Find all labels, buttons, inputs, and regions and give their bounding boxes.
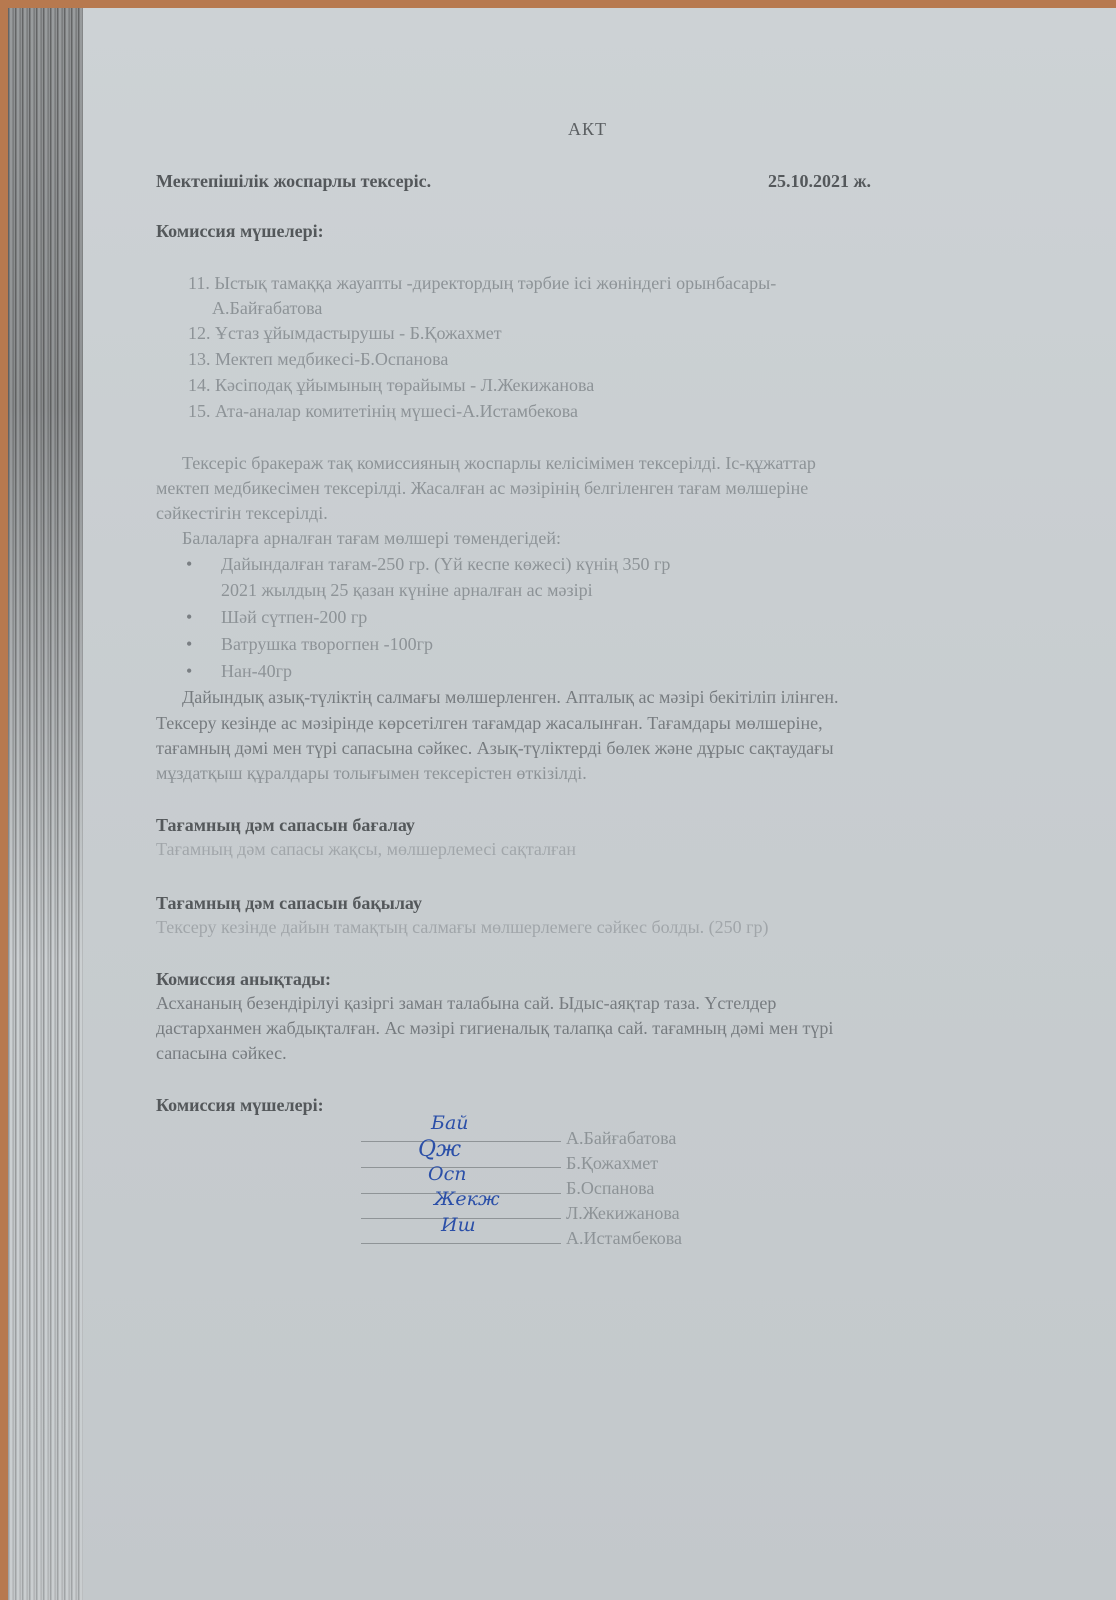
document-title: АКТ xyxy=(568,118,607,140)
signatory-name: А.Истамбекова xyxy=(566,1227,682,1249)
signature-scribble: Осп xyxy=(428,1163,466,1185)
signatures-heading: Комиссия мүшелері: xyxy=(156,1094,324,1116)
list-item: 15. Ата-аналар комитетінің мүшесі-А.Иста… xyxy=(188,400,578,422)
intro-line: мектеп медбикесімен тексерілді. Жасалған… xyxy=(156,477,808,499)
intro-line: сәйкестігін тексерілді. xyxy=(156,502,328,524)
list-item: 11. Ыстық тамаққа жауапты -директордың т… xyxy=(188,272,776,294)
section-text-evaluation: Тағамның дәм сапасы жақсы, мөлшерлемесі … xyxy=(156,838,576,860)
list-item-continuation: А.Байғабатова xyxy=(212,297,322,319)
section-heading-findings: Комиссия анықтады: xyxy=(156,968,331,990)
bullet-item: Шәй сүтпен-200 гр xyxy=(221,606,367,628)
section-text-control: Тексеру кезінде дайын тамақтың салмағы м… xyxy=(156,916,769,938)
signatory-name: Б.Оспанова xyxy=(566,1177,654,1199)
members-heading: Комиссия мүшелері: xyxy=(156,220,324,242)
body-line: мұздатқыш құралдары толығымен тексерісте… xyxy=(156,762,587,784)
list-item: 12. Ұстаз ұйымдастырушы - Б.Қожахмет xyxy=(188,322,502,344)
body-line: тағамның дәмі мен түрі сапасына сәйкес. … xyxy=(156,737,834,759)
intro-line: Тексеріс бракераж тақ комиссияның жоспар… xyxy=(182,452,816,474)
bullet-item: Дайындалған тағам-250 гр. (Үй кеспе көже… xyxy=(221,553,670,575)
document-date: 25.10.2021 ж. xyxy=(768,170,871,192)
signatory-name: Б.Қожахмет xyxy=(566,1152,658,1174)
signature-scribble: Жекж xyxy=(434,1188,500,1210)
signature-scribble: Qж xyxy=(418,1137,461,1162)
list-item: 13. Мектеп медбикесі-Б.Оспанова xyxy=(188,348,448,370)
paper-stack-edge xyxy=(8,8,83,1600)
signature-scribble: Бай xyxy=(431,1112,469,1134)
body-line: Тексеру кезінде ас мәзірінде көрсетілген… xyxy=(156,712,823,734)
findings-line: сапасына сәйкес. xyxy=(156,1042,287,1064)
portion-heading: Балаларға арналған тағам мөлшері төменде… xyxy=(182,527,561,549)
section-heading-evaluation: Тағамның дәм сапасын бағалау xyxy=(156,814,415,836)
bullet-item-continuation: 2021 жылдың 25 қазан күніне арналған ас … xyxy=(221,579,593,601)
list-item: 14. Кәсіподақ ұйымының төрайымы - Л.Жеки… xyxy=(188,374,594,396)
section-heading-control: Тағамның дәм сапасын бақылау xyxy=(156,892,422,914)
signatory-name: А.Байғабатова xyxy=(566,1127,676,1149)
document-subtitle: Мектепішілік жоспарлы тексеріс. xyxy=(156,170,431,192)
findings-line: Асхананың безендірілуі қазіргі заман тал… xyxy=(156,992,776,1014)
findings-line: дастарханмен жабдықталған. Ас мәзірі гиг… xyxy=(156,1017,833,1039)
signatory-name: Л.Жекижанова xyxy=(566,1202,680,1224)
signature-line xyxy=(361,1243,561,1244)
bullet-item: Ватрушка творогпен -100гр xyxy=(221,633,433,655)
paper-sheet xyxy=(8,8,1116,1600)
bullet-item: Нан-40гр xyxy=(221,660,292,682)
signature-scribble: Иш xyxy=(441,1214,476,1236)
body-line: Дайындық азық-түліктің салмағы мөлшерлен… xyxy=(182,686,839,708)
